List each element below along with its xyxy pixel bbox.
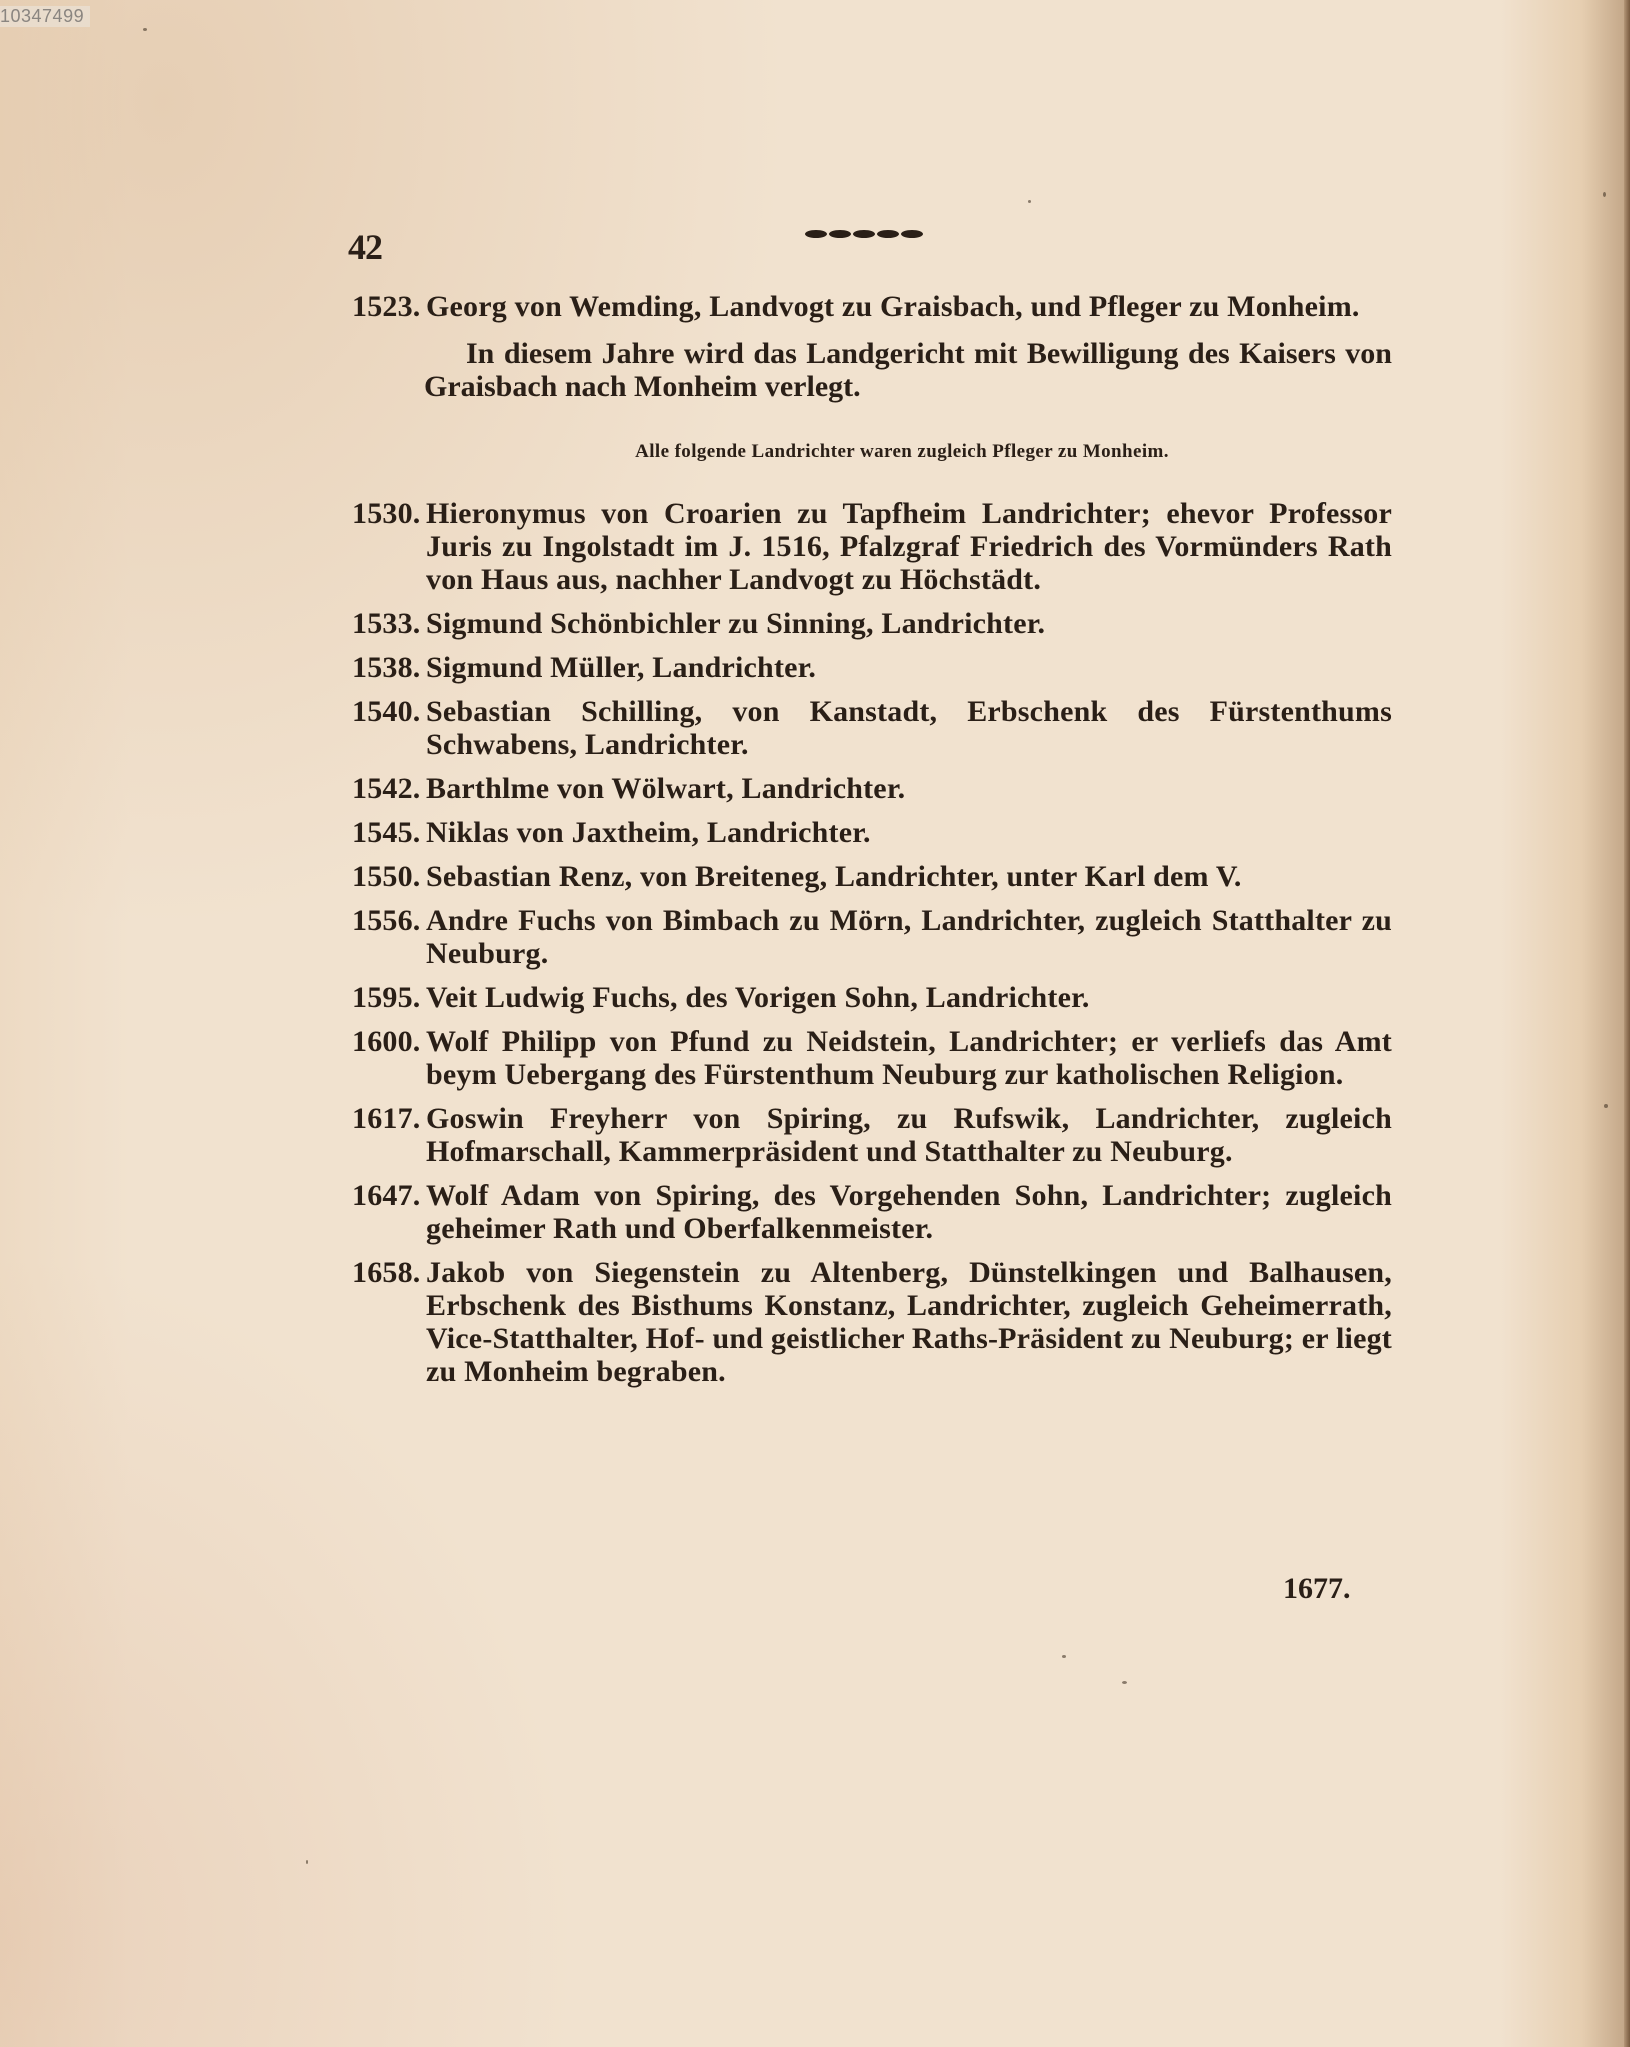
entry-text: Sigmund Müller, Landrichter.	[426, 651, 1392, 684]
entry-year: 1600.	[352, 1025, 421, 1058]
ornament-dot	[901, 230, 923, 238]
entry-text: Barthlme von Wölwart, Landrichter.	[426, 772, 1392, 805]
ornament-dot	[853, 230, 875, 238]
scan-id-label: 10347499	[0, 6, 90, 27]
ornament-dot	[877, 230, 899, 238]
entry-year: 1556.	[352, 904, 421, 937]
entry-text: Sigmund Schönbichler zu Sinning, Landric…	[426, 607, 1392, 640]
list-item: 1556. Andre Fuchs von Bimbach zu Mörn, L…	[352, 904, 1392, 970]
list-item: 1538. Sigmund Müller, Landrichter.	[352, 651, 1392, 684]
entry-text: Sebastian Schilling, von Kanstadt, Erbsc…	[426, 695, 1392, 761]
entry-year: 1617.	[352, 1102, 421, 1135]
paragraph-note: In diesem Jahre wird das Landgericht mit…	[352, 337, 1392, 403]
list-item: 1545. Niklas von Jaxtheim, Landrichter.	[352, 816, 1392, 849]
entry-text: Hieronymus von Croarien zu Tapfheim Land…	[426, 497, 1392, 596]
ornament-dot	[829, 230, 851, 238]
entry-text: Veit Ludwig Fuchs, des Vorigen Sohn, Lan…	[426, 981, 1392, 1014]
list-item: 1658. Jakob von Siegenstein zu Altenberg…	[352, 1256, 1392, 1388]
entry-text: Wolf Philipp von Pfund zu Neidstein, Lan…	[426, 1025, 1392, 1091]
entry-year: 1647.	[352, 1179, 421, 1212]
list-item: 1523. Georg von Wemding, Landvogt zu Gra…	[352, 290, 1392, 323]
paper-speck	[1028, 200, 1031, 203]
entry-year: 1550.	[352, 860, 421, 893]
ornament-dot	[805, 230, 827, 238]
section-subheading: Alle folgende Landrichter waren zugleich…	[412, 441, 1392, 463]
list-item: 1550. Sebastian Renz, von Breiteneg, Lan…	[352, 860, 1392, 893]
paper-speck	[306, 1860, 308, 1864]
list-item: 1600. Wolf Philipp von Pfund zu Neidstei…	[352, 1025, 1392, 1091]
entry-year: 1523.	[352, 290, 421, 323]
entry-text: Jakob von Siegenstein zu Altenberg, Düns…	[426, 1256, 1392, 1388]
entry-year: 1540.	[352, 695, 421, 728]
entry-year: 1538.	[352, 651, 421, 684]
entry-year: 1530.	[352, 497, 421, 530]
page-body: 1523. Georg von Wemding, Landvogt zu Gra…	[352, 290, 1392, 1399]
entry-text: Andre Fuchs von Bimbach zu Mörn, Landric…	[426, 904, 1392, 970]
paper-speck	[1604, 1104, 1608, 1108]
list-item: 1617. Goswin Freyherr von Spiring, zu Ru…	[352, 1102, 1392, 1168]
entry-text: Sebastian Renz, von Breiteneg, Landricht…	[426, 860, 1392, 893]
entry-text: Georg von Wemding, Landvogt zu Graisbach…	[426, 290, 1392, 323]
header-ornament-icon	[805, 230, 923, 240]
paper-speck	[1603, 192, 1606, 197]
page-edge	[1624, 0, 1630, 2047]
entry-year: 1545.	[352, 816, 421, 849]
list-item: 1542. Barthlme von Wölwart, Landrichter.	[352, 772, 1392, 805]
list-item: 1595. Veit Ludwig Fuchs, des Vorigen Soh…	[352, 981, 1392, 1014]
paper-speck	[1122, 1681, 1127, 1684]
entry-year: 1542.	[352, 772, 421, 805]
list-item: 1540. Sebastian Schilling, von Kanstadt,…	[352, 695, 1392, 761]
paper-speck	[143, 28, 147, 31]
entry-year: 1533.	[352, 607, 421, 640]
list-item: 1530. Hieronymus von Croarien zu Tapfhei…	[352, 497, 1392, 596]
entry-text: Niklas von Jaxtheim, Landrichter.	[426, 816, 1392, 849]
entry-year: 1658.	[352, 1256, 421, 1289]
page-number: 42	[348, 226, 382, 268]
paper-speck	[1062, 1655, 1066, 1658]
entry-text: Goswin Freyherr von Spiring, zu Rufswik,…	[426, 1102, 1392, 1168]
list-item: 1533. Sigmund Schönbichler zu Sinning, L…	[352, 607, 1392, 640]
entry-year: 1595.	[352, 981, 421, 1014]
entry-text: Wolf Adam von Spiring, des Vorgehenden S…	[426, 1179, 1392, 1245]
list-item: 1647. Wolf Adam von Spiring, des Vorgehe…	[352, 1179, 1392, 1245]
catchword: 1677.	[1283, 1572, 1351, 1606]
